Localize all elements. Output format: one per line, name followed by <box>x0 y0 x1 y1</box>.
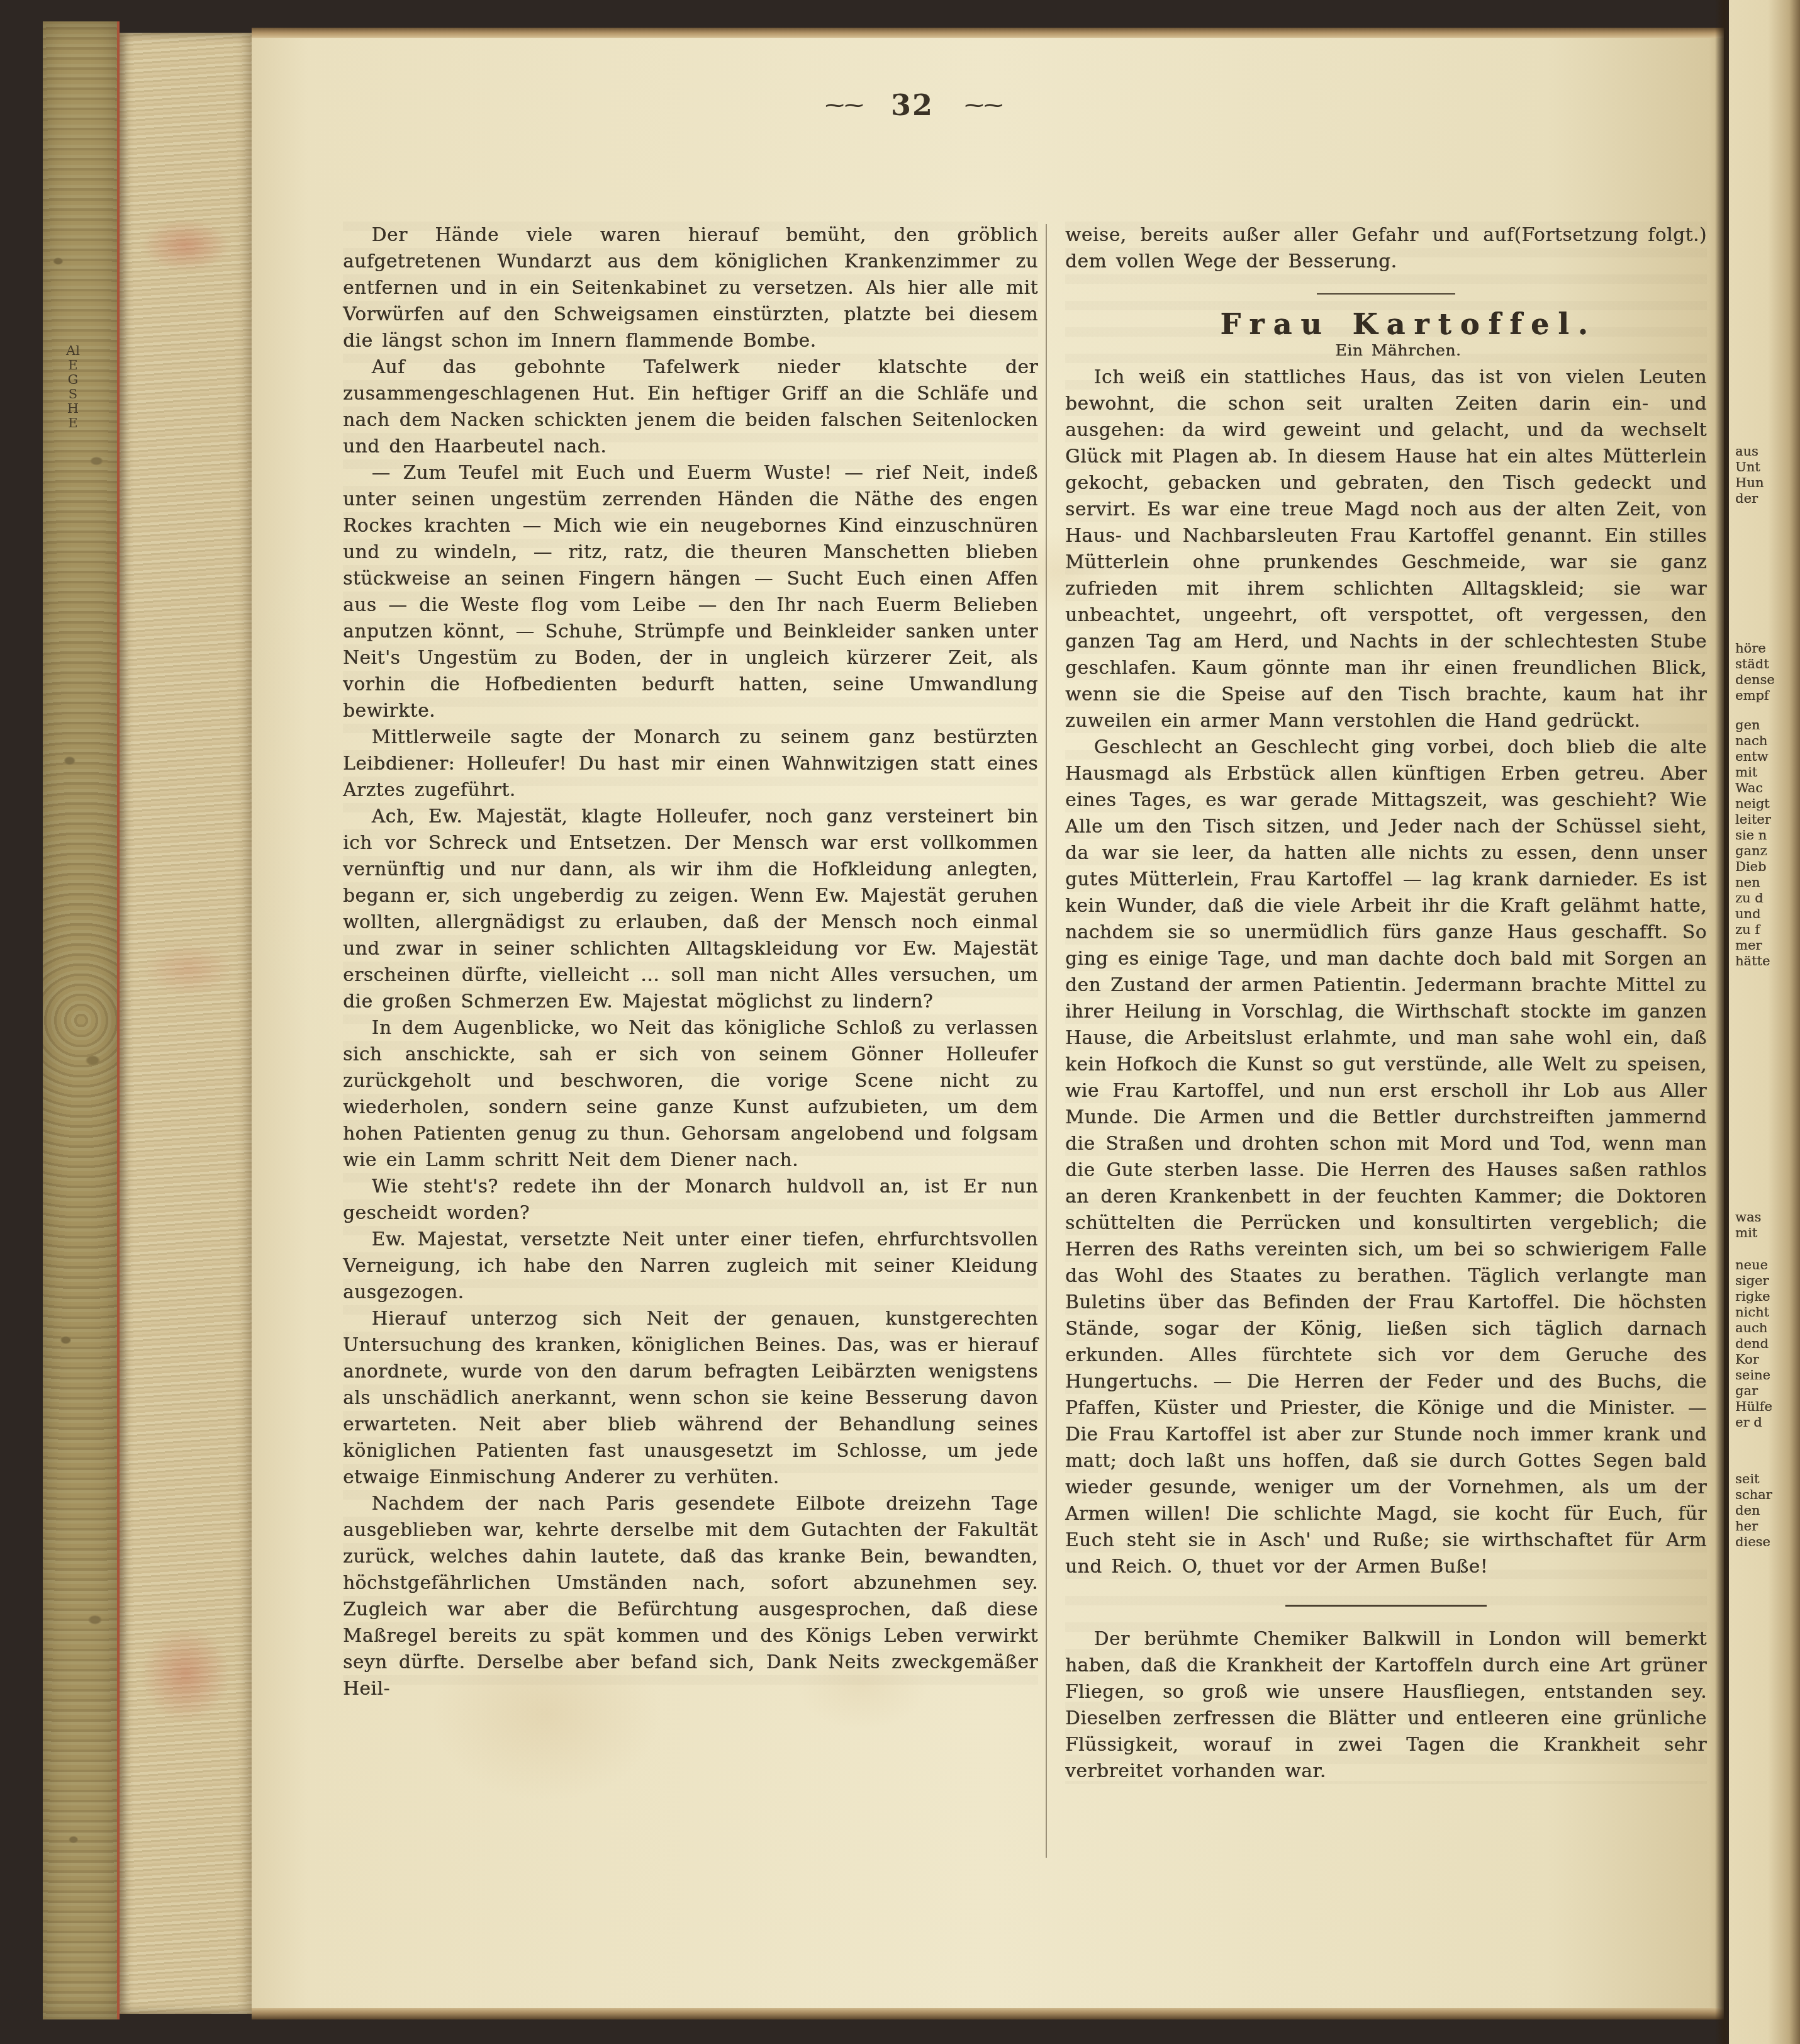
next-page-word-fragment: neue <box>1735 1257 1798 1273</box>
edge-text-fragment: E <box>60 358 86 373</box>
paragraph: Geschlecht an Geschlecht ging vorbei, do… <box>1065 734 1707 1580</box>
next-page-word-fragment: mer <box>1735 938 1798 953</box>
next-page-word-fragment: dend <box>1735 1336 1798 1352</box>
next-page-word-fragment: auch <box>1735 1320 1798 1336</box>
red-edge-streak <box>123 1605 249 1743</box>
next-page-word-fragment: gen <box>1735 717 1798 733</box>
next-page-fragment-group: seitschardenherdiese <box>1735 1471 1798 1550</box>
next-page-word-fragment: seine <box>1735 1367 1798 1383</box>
next-page-word-fragment: aus <box>1735 444 1798 459</box>
next-page-word-fragment: nicht <box>1735 1305 1798 1320</box>
next-page-fragment-group: hörestädtdenseempf <box>1735 641 1798 704</box>
next-page-fragment-group: wasmit <box>1735 1210 1798 1241</box>
next-page-word-fragment: Dieb <box>1735 859 1798 875</box>
next-page-word-fragment: nen <box>1735 875 1798 890</box>
section-separator <box>1285 1605 1487 1607</box>
notice-paragraph: Der berühmte Chemiker Balkwill in London… <box>1065 1626 1707 1784</box>
right-text-column: (Fortsetzung folgt.) weise, bereits auße… <box>1065 222 1707 1784</box>
paragraph: Ach, Ew. Majestät, klagte Holleufer, noc… <box>343 803 1038 1014</box>
next-page-word-fragment: höre <box>1735 641 1798 656</box>
edge-text-fragment: Al <box>60 344 86 358</box>
paragraph: Ew. Majestat, versetzte Neit unter einer… <box>343 1226 1038 1305</box>
story-body: Ich weiß ein stattliches Haus, das ist v… <box>1065 364 1707 1580</box>
next-page-word-fragment: siger <box>1735 1273 1798 1289</box>
edge-text-fragment: H <box>60 401 86 416</box>
paragraph: Nachdem der nach Paris gesendete Eilbote… <box>343 1490 1038 1702</box>
edge-text-fragment: G <box>60 373 86 387</box>
fore-edge-letters: AlEGSHE <box>60 344 86 430</box>
left-text-column: Der Hände viele waren hierauf bemüht, de… <box>343 222 1038 1702</box>
paragraph: Hierauf unterzog sich Neit der genauen, … <box>343 1305 1038 1490</box>
next-page-word-fragment: hätte <box>1735 953 1798 969</box>
header-ornament-right: ~~ <box>963 96 1002 114</box>
next-page-word-fragment: entw <box>1735 749 1798 765</box>
next-page-word-fragment: städt <box>1735 656 1798 672</box>
next-page-word-fragment: diese <box>1735 1534 1798 1550</box>
edge-text-fragment: S <box>60 387 86 401</box>
red-edge-streak <box>126 931 252 1007</box>
next-page-word-fragment: den <box>1735 1503 1798 1519</box>
page-header: ~~ 32 ~~ <box>724 88 1101 122</box>
next-page-fragment-group: ausUntHunder <box>1735 444 1798 507</box>
next-page-word-fragment: neigt <box>1735 796 1798 812</box>
book-scan: AlEGSHE ~~ 32 ~~ Der Hände viele waren h… <box>0 0 1800 2044</box>
paragraph: — Zum Teufel mit Euch und Euerm Wuste! —… <box>343 459 1038 724</box>
next-page-word-fragment: und <box>1735 906 1798 922</box>
next-page-word-fragment: sie n <box>1735 828 1798 843</box>
paragraph: Wie steht's? redete ihn der Monarch huld… <box>343 1173 1038 1226</box>
next-page-word-fragment: der <box>1735 491 1798 507</box>
story-title: Frau Kartoffel. <box>1065 311 1707 337</box>
next-page-fragment-group: neuesigerrigkenichtauchdendKorseinegarHü… <box>1735 1257 1798 1430</box>
paragraph: Ich weiß ein stattliches Haus, das ist v… <box>1065 364 1707 734</box>
column-divider-rule <box>1046 224 1047 1858</box>
next-page-word-fragment: zu f <box>1735 922 1798 938</box>
continuation-text: weise, bereits außer aller Gefahr und au… <box>1065 224 1514 272</box>
next-page-fragment-group: gennachentwmitWacneigtleitersie nganzDie… <box>1735 717 1798 969</box>
next-page-word-fragment: Hun <box>1735 475 1798 491</box>
continuation-paragraph: (Fortsetzung folgt.) weise, bereits auße… <box>1065 222 1707 274</box>
next-page-word-fragment: leiter <box>1735 812 1798 828</box>
next-page-word-fragment: ganz <box>1735 843 1798 859</box>
next-page-word-fragment: her <box>1735 1519 1798 1534</box>
paragraph: Mittlerweile sagte der Monarch zu seinem… <box>343 724 1038 803</box>
book-cover-marbled-edge <box>43 21 120 2019</box>
next-page-word-fragment: empf <box>1735 688 1798 704</box>
red-edge-streak <box>123 208 249 283</box>
section-separator <box>1317 293 1455 295</box>
next-page-word-fragment: Unt <box>1735 459 1798 475</box>
next-page-word-fragment: zu d <box>1735 890 1798 906</box>
page-number: 32 <box>891 88 934 122</box>
next-page-word-fragment: mit <box>1735 765 1798 780</box>
next-page-word-fragment: dense <box>1735 672 1798 688</box>
next-page-word-fragment: seit <box>1735 1471 1798 1487</box>
next-page-word-fragment: rigke <box>1735 1289 1798 1305</box>
story-subtitle: Ein Mährchen. <box>1065 337 1707 364</box>
paragraph: In dem Augenblicke, wo Neit das königlic… <box>343 1014 1038 1173</box>
next-page-word-fragment: gar <box>1735 1383 1798 1399</box>
next-page-word-fragment: schar <box>1735 1487 1798 1503</box>
next-page-word-fragment: Wac <box>1735 780 1798 796</box>
continuation-note: (Fortsetzung folgt.) <box>1514 222 1707 248</box>
edge-text-fragment: E <box>60 416 86 430</box>
next-page-word-fragment: mit <box>1735 1225 1798 1241</box>
next-page-word-fragment: nach <box>1735 733 1798 749</box>
next-page-edge: ausUntHunderhörestädtdenseempfgennachent… <box>1729 0 1800 2044</box>
paragraph: Der Hände viele waren hierauf bemüht, de… <box>343 222 1038 354</box>
paragraph: Auf das gebohnte Tafelwerk nieder klatsc… <box>343 354 1038 459</box>
next-page-word-fragment: er d <box>1735 1415 1798 1430</box>
next-page-word-fragment: Kor <box>1735 1352 1798 1367</box>
next-page-word-fragment: was <box>1735 1210 1798 1225</box>
next-page-word-fragment: Hülfe <box>1735 1399 1798 1415</box>
header-ornament-left: ~~ <box>823 96 862 114</box>
